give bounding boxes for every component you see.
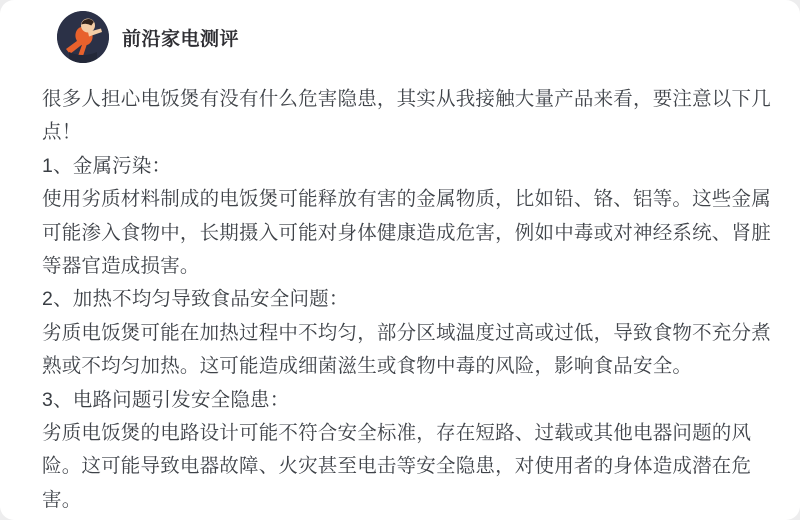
- author-name[interactable]: 前沿家电测评: [122, 24, 239, 51]
- post-card: 前沿家电测评 很多人担心电饭煲有没有什么危害隐患，其实从我接触大量产品来看，要注…: [0, 0, 800, 520]
- post-body: 很多人担心电饭煲有没有什么危害隐患，其实从我接触大量产品来看，要注意以下几点！1…: [42, 83, 758, 517]
- post-text-line: 害。: [42, 484, 758, 517]
- post-section-heading: 2、加热不均匀导致食品安全问题：: [42, 283, 758, 316]
- post-text-line: 可能渗入食物中，长期摄入可能对身体健康造成危害，例如中毒或对神经系统、肾脏: [42, 217, 758, 250]
- post-text-line: 使用劣质材料制成的电饭煲可能释放有害的金属物质，比如铅、铬、铝等。这些金属: [42, 183, 758, 216]
- post-text-line: 熟或不均匀加热。这可能造成细菌滋生或食物中毒的风险，影响食品安全。: [42, 350, 758, 383]
- post-text-line: 点！: [42, 116, 758, 149]
- post-text-line: 劣质电饭煲的电路设计可能不符合安全标准，存在短路、过载或其他电器问题的风: [42, 417, 758, 450]
- post-section-heading: 3、电路问题引发安全隐患：: [42, 384, 758, 417]
- post-text-line: 劣质电饭煲可能在加热过程中不均匀，部分区域温度过高或过低，导致食物不充分煮: [42, 317, 758, 350]
- post-section-heading: 1、金属污染：: [42, 150, 758, 183]
- post-text-line: 险。这可能导致电器故障、火灾甚至电击等安全隐患，对使用者的身体造成潜在危: [42, 450, 758, 483]
- cartoon-person-avatar-icon: [57, 11, 109, 63]
- post-text-line: 很多人担心电饭煲有没有什么危害隐患，其实从我接触大量产品来看，要注意以下几: [42, 83, 758, 116]
- post-header: 前沿家电测评: [57, 11, 239, 63]
- post-text-line: 等器官造成损害。: [42, 250, 758, 283]
- author-avatar[interactable]: [57, 11, 109, 63]
